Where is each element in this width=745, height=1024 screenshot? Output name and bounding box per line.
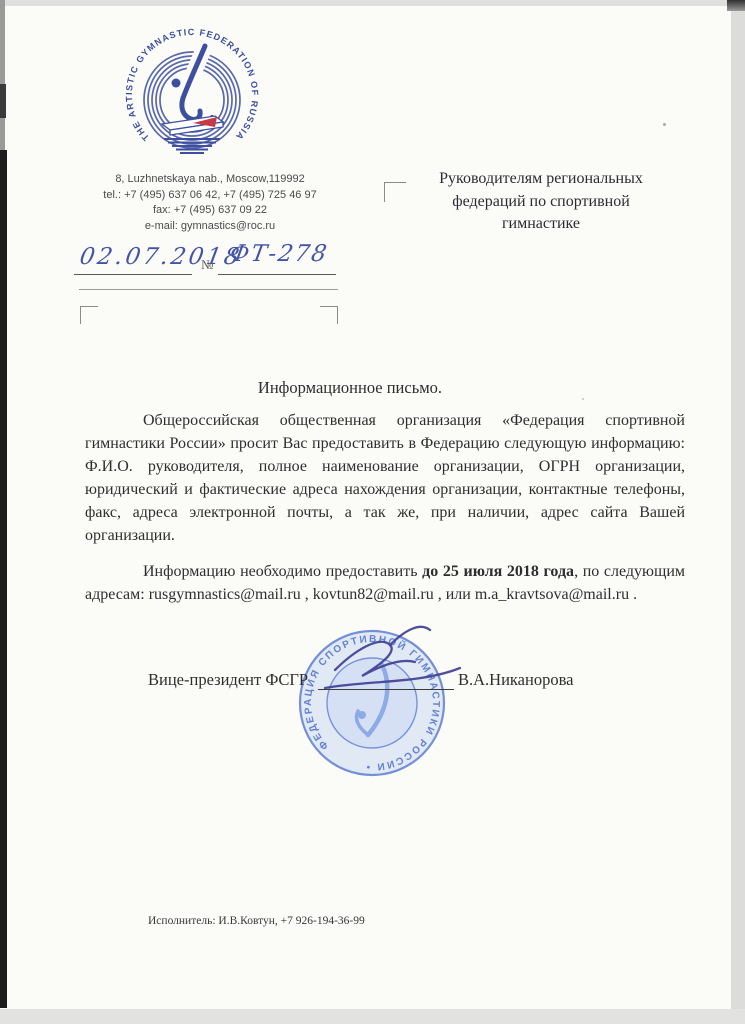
- paragraph-2-prefix: Информацию необходимо предоставить: [143, 563, 422, 580]
- corner-mark-icon: [320, 306, 338, 324]
- letterhead-address: 8, Luzhnetskaya nab., Moscow,119992 tel.…: [60, 172, 360, 234]
- address-line: tel.: +7 (495) 637 06 42, +7 (495) 725 4…: [60, 188, 360, 204]
- signature-ink-icon: [280, 600, 500, 720]
- number-underline: [218, 274, 336, 275]
- beam-flag-icon: [162, 116, 223, 135]
- scan-edge-blob: [0, 84, 6, 118]
- handwritten-date: 02.07.2018: [78, 244, 244, 270]
- corner-mark-icon: [384, 182, 406, 202]
- address-line: e-mail: gymnastics@roc.ru: [60, 219, 360, 235]
- scan-speck: [582, 398, 584, 400]
- executor-note: Исполнитель: И.В.Ковтун, +7 926-194-36-9…: [148, 915, 365, 927]
- reference-rule: [79, 289, 338, 290]
- scan-edge-bottom: [0, 1009, 745, 1024]
- address-line: 8, Luzhnetskaya nab., Moscow,119992: [60, 172, 360, 188]
- recipient-block: Руководителям региональных федераций по …: [411, 168, 671, 236]
- recipient-line: гимнастике: [411, 213, 671, 236]
- scan-edge-corner: [727, 0, 745, 11]
- paragraph-1: Общероссийская общественная организация …: [85, 409, 685, 547]
- letter-title: Информационное письмо.: [85, 378, 615, 398]
- address-line: fax: +7 (495) 637 09 22: [60, 203, 360, 219]
- logo-hatch-lines: [164, 139, 220, 153]
- recipient-line: федераций по спортивной: [411, 191, 671, 214]
- recipient-line: Руководителям региональных: [411, 168, 671, 191]
- deadline-emphasis: до 25 июля 2018 года: [422, 563, 574, 580]
- corner-mark-icon: [80, 306, 98, 324]
- date-underline: [74, 274, 192, 275]
- scanned-letter: THE ARTISTIC GYMNASTIC FEDERATION OF RUS…: [0, 0, 745, 1024]
- scan-edge-top: [0, 0, 745, 6]
- handwritten-number: ФТ-278: [228, 241, 331, 267]
- scan-edge-right: [731, 0, 745, 1024]
- number-sign-label: №: [201, 257, 213, 273]
- scan-edge-left-dark: [0, 150, 7, 1008]
- scan-speck: [663, 123, 666, 126]
- federation-logo-icon: THE ARTISTIC GYMNASTIC FEDERATION OF RUS…: [117, 20, 267, 170]
